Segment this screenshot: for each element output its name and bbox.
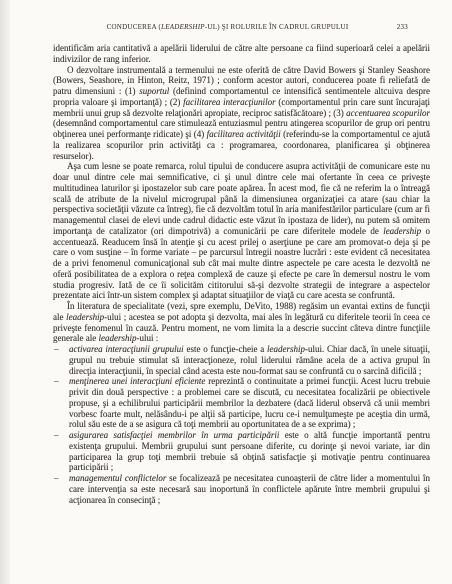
scanned-book-page: CONDUCEREA (LEADERSHIP-UL) ŞI ROLURILE Î… — [0, 0, 452, 584]
page-body-text: identificăm aria cantitativă a apelării … — [53, 43, 430, 505]
list-item-text: asigurarea satisfacţiei membrilor în urm… — [69, 430, 430, 472]
list-item: – activarea interacţiunii grupului este … — [53, 344, 430, 376]
dash-list-marker: – — [54, 344, 59, 355]
list-item-text: menţinerea unei interacţiuni eficiente r… — [69, 376, 430, 429]
list-item: – menţinerea unei interacţiuni eficiente… — [53, 376, 430, 430]
list-item: – asigurarea satisfacţiei membrilor în u… — [53, 430, 430, 473]
paragraph-continuation: identificăm aria cantitativă a apelării … — [53, 43, 430, 65]
paragraph-leadership-functions-intro: În literatura de specialitate (vezi, spr… — [53, 301, 430, 344]
dash-list-marker: – — [54, 430, 59, 441]
paragraph-four-dimensions: O dezvoltare instrumentală a termenului … — [53, 65, 430, 162]
list-item: – managementul conflictelor se focalizea… — [53, 473, 430, 505]
list-item-text: managementul conflictelor se focalizează… — [69, 473, 430, 505]
header-title: CONDUCEREA (LEADERSHIP-UL) ŞI ROLURILE Î… — [53, 23, 430, 31]
dash-list-marker: – — [54, 473, 59, 484]
dash-list-marker: – — [54, 376, 59, 387]
page-number: 233 — [397, 23, 408, 31]
functions-list: – activarea interacţiunii grupului este … — [53, 344, 430, 505]
list-item-text: activarea interacţiunii grupului este o … — [69, 344, 430, 376]
paragraph-communication-role: Aşa cum lesne se poate remarca, rolul ti… — [53, 161, 430, 301]
running-header: CONDUCEREA (LEADERSHIP-UL) ŞI ROLURILE Î… — [53, 23, 430, 31]
